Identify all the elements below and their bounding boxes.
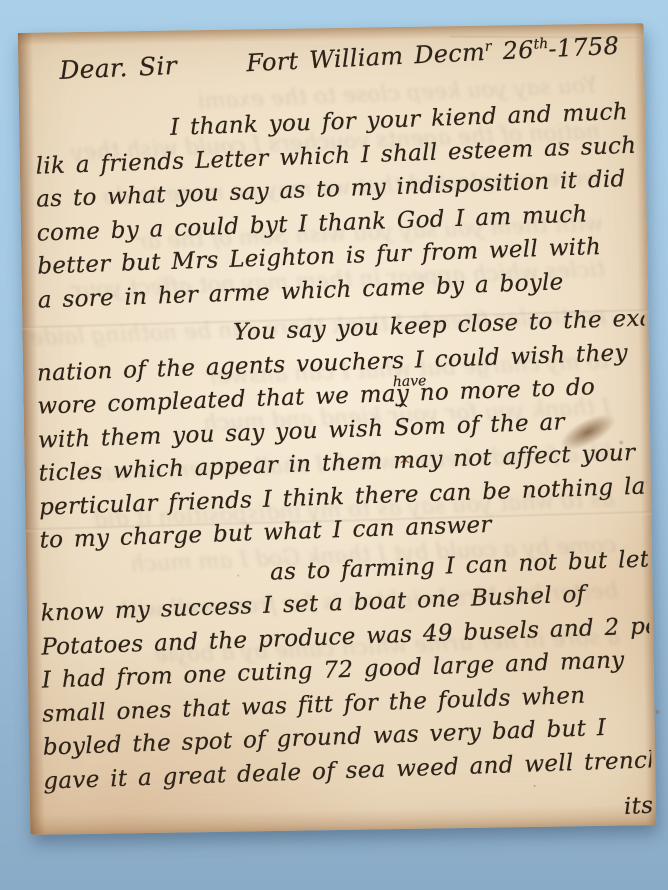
letter-paragraph: I thank you for your kiend and muchlik a…: [31, 107, 644, 318]
catchword: its: [623, 793, 652, 820]
letter-body: Dear. Sir Fort William Decmr 26th-1758 I…: [30, 23, 653, 834]
dateline: Fort William Decmr 26th-1758: [246, 32, 620, 78]
letter-paragraph: as to farming I can not but let youknow …: [38, 555, 652, 799]
letter-paragraphs: I thank you for your kiend and muchlik a…: [30, 23, 652, 798]
place-name: Fort William: [246, 42, 404, 77]
date-year: 1758: [556, 32, 620, 63]
letter-paper: You say you keep close to the examinatio…: [18, 23, 657, 835]
photo-background: You say you keep close to the examinatio…: [0, 0, 668, 890]
date-day-sup: th: [533, 36, 548, 53]
date-month: Decm: [414, 38, 486, 69]
letter-paragraph: You say you keep close to the examinatio…: [34, 314, 648, 558]
date-month-sup: r: [484, 39, 491, 55]
salutation: Dear. Sir: [59, 51, 178, 85]
date-day: 26: [502, 36, 534, 65]
paper-specks: [18, 33, 20, 35]
